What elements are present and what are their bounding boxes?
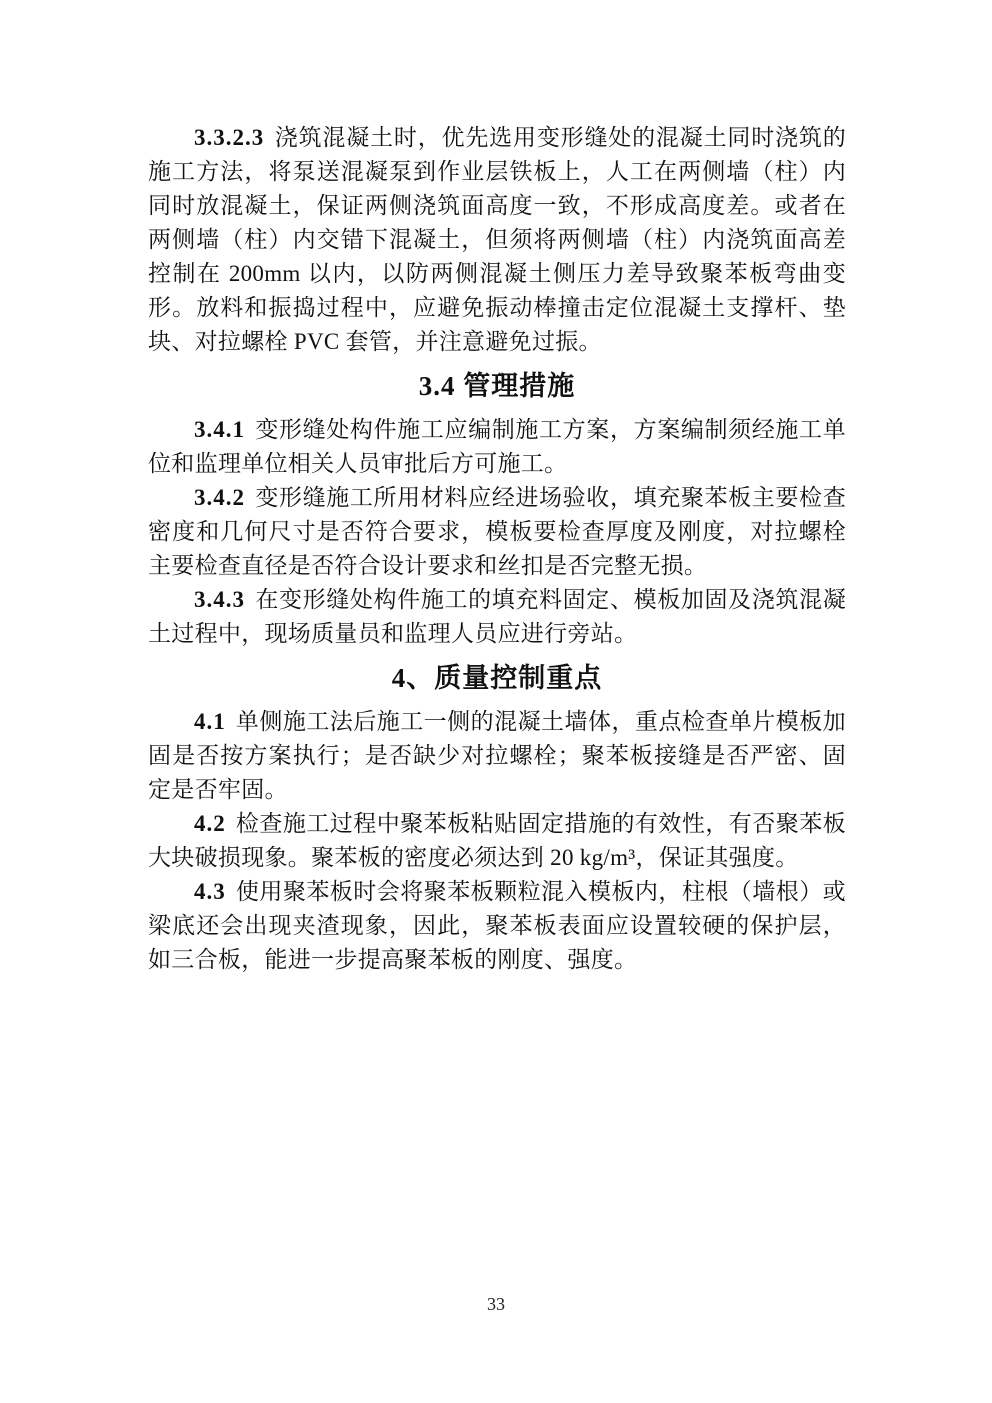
heading-4-quality-control-points: 4、质量控制重点 — [148, 658, 846, 699]
paragraph-text-4-2: 检查施工过程中聚苯板粘贴固定措施的有效性，有否聚苯板大块破损现象。聚苯板的密度必… — [148, 811, 846, 870]
paragraph-3-4-1: 3.4.1变形缝处构件施工应编制施工方案，方案编制须经施工单位和监理单位相关人员… — [148, 413, 846, 481]
paragraph-text-4-1: 单侧施工法后施工一侧的混凝土墙体，重点检查单片模板加固是否按方案执行；是否缺少对… — [148, 709, 846, 802]
section-number-4-1: 4.1 — [194, 709, 226, 734]
document-page: 3.3.2.3浇筑混凝土时，优先选用变形缝处的混凝土同时浇筑的施工方法，将泵送混… — [0, 0, 992, 1403]
section-number-4-2: 4.2 — [194, 811, 226, 836]
paragraph-4-3: 4.3使用聚苯板时会将聚苯板颗粒混入模板内，柱根（墙根）或梁底还会出现夹渣现象，… — [148, 875, 846, 977]
heading-3-4-management-measures: 3.4 管理措施 — [148, 366, 846, 407]
page-number: 33 — [0, 1292, 992, 1316]
section-number-3-4-1: 3.4.1 — [194, 417, 245, 442]
section-number-3-4-2: 3.4.2 — [194, 485, 245, 510]
paragraph-3-4-3: 3.4.3在变形缝处构件施工的填充料固定、模板加固及浇筑混凝土过程中，现场质量员… — [148, 583, 846, 651]
paragraph-3-3-2-3: 3.3.2.3浇筑混凝土时，优先选用变形缝处的混凝土同时浇筑的施工方法，将泵送混… — [148, 121, 846, 359]
paragraph-text-3-3-2-3: 浇筑混凝土时，优先选用变形缝处的混凝土同时浇筑的施工方法，将泵送混凝泵到作业层铁… — [148, 125, 846, 354]
paragraph-4-1: 4.1单侧施工法后施工一侧的混凝土墙体，重点检查单片模板加固是否按方案执行；是否… — [148, 705, 846, 807]
document-body: 3.3.2.3浇筑混凝土时，优先选用变形缝处的混凝土同时浇筑的施工方法，将泵送混… — [148, 121, 846, 977]
section-number-3-3-2-3: 3.3.2.3 — [194, 125, 264, 150]
section-number-3-4-3: 3.4.3 — [194, 587, 245, 612]
paragraph-text-4-3: 使用聚苯板时会将聚苯板颗粒混入模板内，柱根（墙根）或梁底还会出现夹渣现象，因此，… — [148, 879, 846, 972]
paragraph-3-4-2: 3.4.2变形缝施工所用材料应经进场验收，填充聚苯板主要检查密度和几何尺寸是否符… — [148, 481, 846, 583]
section-number-4-3: 4.3 — [194, 879, 226, 904]
paragraph-4-2: 4.2检查施工过程中聚苯板粘贴固定措施的有效性，有否聚苯板大块破损现象。聚苯板的… — [148, 807, 846, 875]
paragraph-text-3-4-1: 变形缝处构件施工应编制施工方案，方案编制须经施工单位和监理单位相关人员审批后方可… — [148, 417, 846, 476]
paragraph-text-3-4-3: 在变形缝处构件施工的填充料固定、模板加固及浇筑混凝土过程中，现场质量员和监理人员… — [148, 587, 846, 646]
paragraph-text-3-4-2: 变形缝施工所用材料应经进场验收，填充聚苯板主要检查密度和几何尺寸是否符合要求，模… — [148, 485, 846, 578]
